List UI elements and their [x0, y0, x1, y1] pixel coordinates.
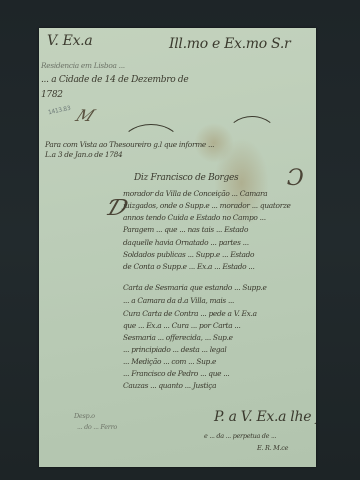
body-line: annos tendo Cuida e Estado no Campo ...	[123, 214, 266, 221]
header-address-prefix: V. Ex.a	[47, 34, 92, 48]
flourish-decoration	[227, 116, 277, 154]
body-line: ... a Camara da d.a Villa, mais ...	[123, 297, 234, 304]
body-line: Carta de Sesmaria que estando ... Supp.e	[123, 284, 267, 291]
body-line: juizgados, onde o Supp.e ... morador ...…	[123, 202, 291, 209]
body-line: ... Francisco de Pedro ... que ...	[123, 370, 229, 377]
body-line: que ... Ex.a ... Cura ... por Carta ...	[123, 322, 241, 329]
body-line: Sesmaria ... offerecida, ... Sup.e	[123, 334, 233, 341]
body-line: ... Medição ... com ... Sup.e	[123, 358, 216, 365]
body-line: daquelle havia Ornatado ... partes ...	[123, 239, 249, 246]
body-line: Paragem ... que ... nas tais ... Estado	[123, 226, 248, 233]
body-opening: Diz Francisco de Borges	[134, 174, 238, 183]
lower-left-note-line-2: ... do ... Ferro	[77, 424, 117, 431]
flourish-decoration: Ɔ	[287, 168, 304, 190]
pencil-reference-number: 1413.83	[48, 106, 71, 117]
scan-background: V. Ex.a Ill.mo e Ex.mo S.r Residencia em…	[0, 0, 360, 480]
body-line: de Conta o Supp.e ... Ex.a ... Estado ..…	[123, 263, 255, 270]
closing-formula: P. a V. Ex.a lhe faça a M.ce	[214, 410, 316, 424]
header-line-2: Residencia em Lisboa ...	[41, 62, 125, 69]
flourish-decoration	[121, 124, 181, 166]
header-line-3: ... a Cidade de 14 de Dezembro de	[41, 76, 188, 85]
body-line: Cauzas ... quanto ... Justiça	[123, 382, 216, 389]
body-line: ... principiado ... desta ... legal	[123, 346, 226, 353]
closing-subline: e ... da ... perpetua de ...	[204, 433, 276, 440]
body-line: Soldados publicas ... Supp.e ... Estado	[123, 251, 254, 258]
header-year: 1782	[41, 91, 63, 100]
lower-left-note-line-1: Desp.o	[74, 413, 95, 420]
body-line: Cura Carta de Contra ... pede a V. Ex.a	[123, 310, 257, 317]
manuscript-page: V. Ex.a Ill.mo e Ex.mo S.r Residencia em…	[39, 28, 316, 467]
header-salutation: Ill.mo e Ex.mo S.r	[169, 37, 290, 51]
body-line: morador da Villa de Conceição ... Camara	[123, 190, 267, 197]
dispatch-line-2: L.a 3 de Jan.o de 1784	[45, 151, 122, 158]
closing-signature: E. R. M.ce	[257, 445, 288, 452]
margin-rubric: M	[73, 108, 97, 124]
